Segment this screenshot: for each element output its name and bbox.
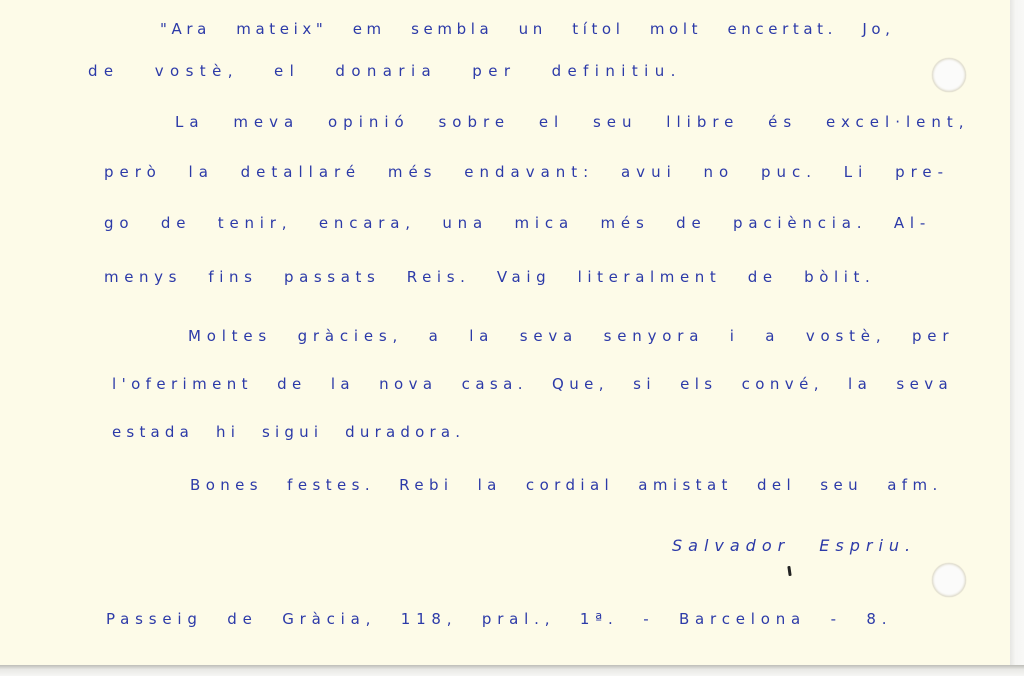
ink-mark (787, 566, 791, 576)
letter-line-4: però la detallaré més endavant: avui no … (104, 163, 949, 181)
scan-edge-bottom (0, 665, 1024, 676)
letter-line-10: Bones festes. Rebi la cordial amistat de… (190, 476, 943, 494)
letter-line-6: menys fins passats Reis. Vaig literalmen… (104, 268, 875, 286)
letter-line-9: estada hi sigui duradora. (112, 423, 465, 441)
punch-hole-bottom (932, 563, 966, 597)
letter-line-3: La meva opinió sobre el seu llibre és ex… (175, 113, 970, 131)
letter-line-7: Moltes gràcies, a la seva senyora i a vo… (188, 327, 954, 345)
signature: Salvador Espriu. (672, 536, 916, 555)
letter-line-2: de vostè, el donaria per definitiu. (88, 62, 682, 80)
letter-line-5: go de tenir, encara, una mica més de pac… (104, 214, 931, 232)
scan-edge-right (1010, 0, 1024, 676)
letter-card: "Ara mateix" em sembla un títol molt enc… (0, 0, 1010, 665)
address-line: Passeig de Gràcia, 118, pral., 1ª. - Bar… (106, 610, 892, 628)
punch-hole-top (932, 58, 966, 92)
letter-line-8: l'oferiment de la nova casa. Que, si els… (112, 375, 953, 393)
letter-line-1: "Ara mateix" em sembla un títol molt enc… (160, 20, 895, 38)
